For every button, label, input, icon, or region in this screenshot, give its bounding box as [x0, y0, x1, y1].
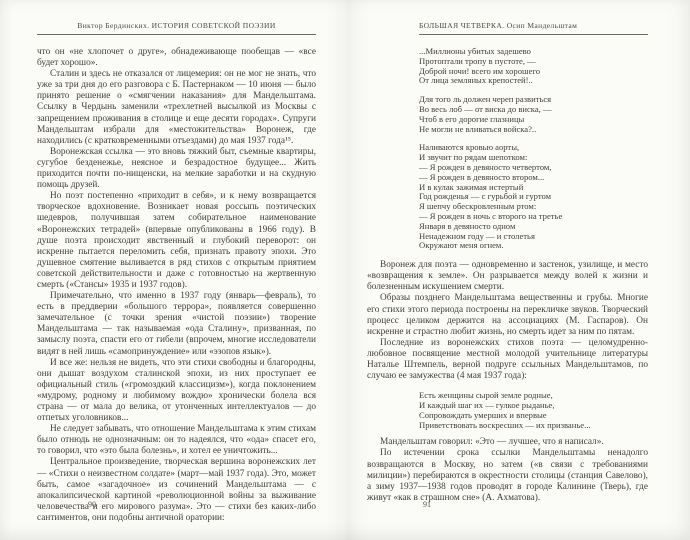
paragraph: Воронеж для поэта — одновременно и засте… [367, 260, 648, 293]
poem-stanza: ...Миллионы убитых задешево Протоптали т… [419, 47, 648, 86]
book-spread: Виктор Бердинских. ИСТОРИЯ СОВЕТСКОЙ ПОЭ… [0, 0, 690, 540]
paragraph: По истечении срока ссылки Мандельштамы н… [367, 448, 648, 503]
left-page-number: 90 [88, 500, 96, 509]
right-text-block: ...Миллионы убитых задешево Протоптали т… [367, 47, 648, 504]
paragraph: И все же: нельзя не видеть, что эти стих… [37, 358, 316, 425]
paragraph: Примечательно, что именно в 1937 году (я… [37, 291, 316, 358]
paragraph: Центральное произведение, творческая вер… [37, 457, 316, 524]
paragraph: Не следует забывать, что отношение Манде… [37, 424, 316, 457]
poem-stanza: Для того ль должен череп развиться Во ве… [419, 95, 648, 134]
poem-stanza: Есть женщины сырой земле родные, И кажды… [419, 391, 648, 430]
right-running-head: БОЛЬШАЯ ЧЕТВЕРКА. Осип Мандельштам [419, 21, 648, 35]
right-page-number: 91 [423, 500, 431, 509]
gutter-shadow [326, 0, 370, 540]
paragraph: Последние из воронежских стихов поэта — … [367, 338, 648, 382]
left-running-head: Виктор Бердинских. ИСТОРИЯ СОВЕТСКОЙ ПОЭ… [37, 21, 316, 35]
paragraph: Воронежская ссылка — это вновь тяжкий бы… [37, 147, 316, 191]
left-page: Виктор Бердинских. ИСТОРИЯ СОВЕТСКОЙ ПОЭ… [37, 21, 316, 524]
paragraph: что он «не хлопочет о друге», обнадежива… [37, 47, 316, 69]
left-text-block: что он «не хлопочет о друге», обнадежива… [37, 47, 316, 524]
paragraph: Мандельштам говорил: «Это — лучшее, что … [367, 437, 648, 448]
poem-stanza: Наливаются кровью аорты, И звучит по ряд… [419, 143, 648, 251]
paragraph: Образы позднего Мандельштама вещественны… [367, 293, 648, 337]
paragraph: Но поэт постепенно «приходит в себя», и … [37, 191, 316, 291]
right-page: БОЛЬШАЯ ЧЕТВЕРКА. Осип Мандельштам ...Ми… [367, 21, 648, 504]
paragraph: Сталин и здесь не отказался от лицемерия… [37, 69, 316, 147]
